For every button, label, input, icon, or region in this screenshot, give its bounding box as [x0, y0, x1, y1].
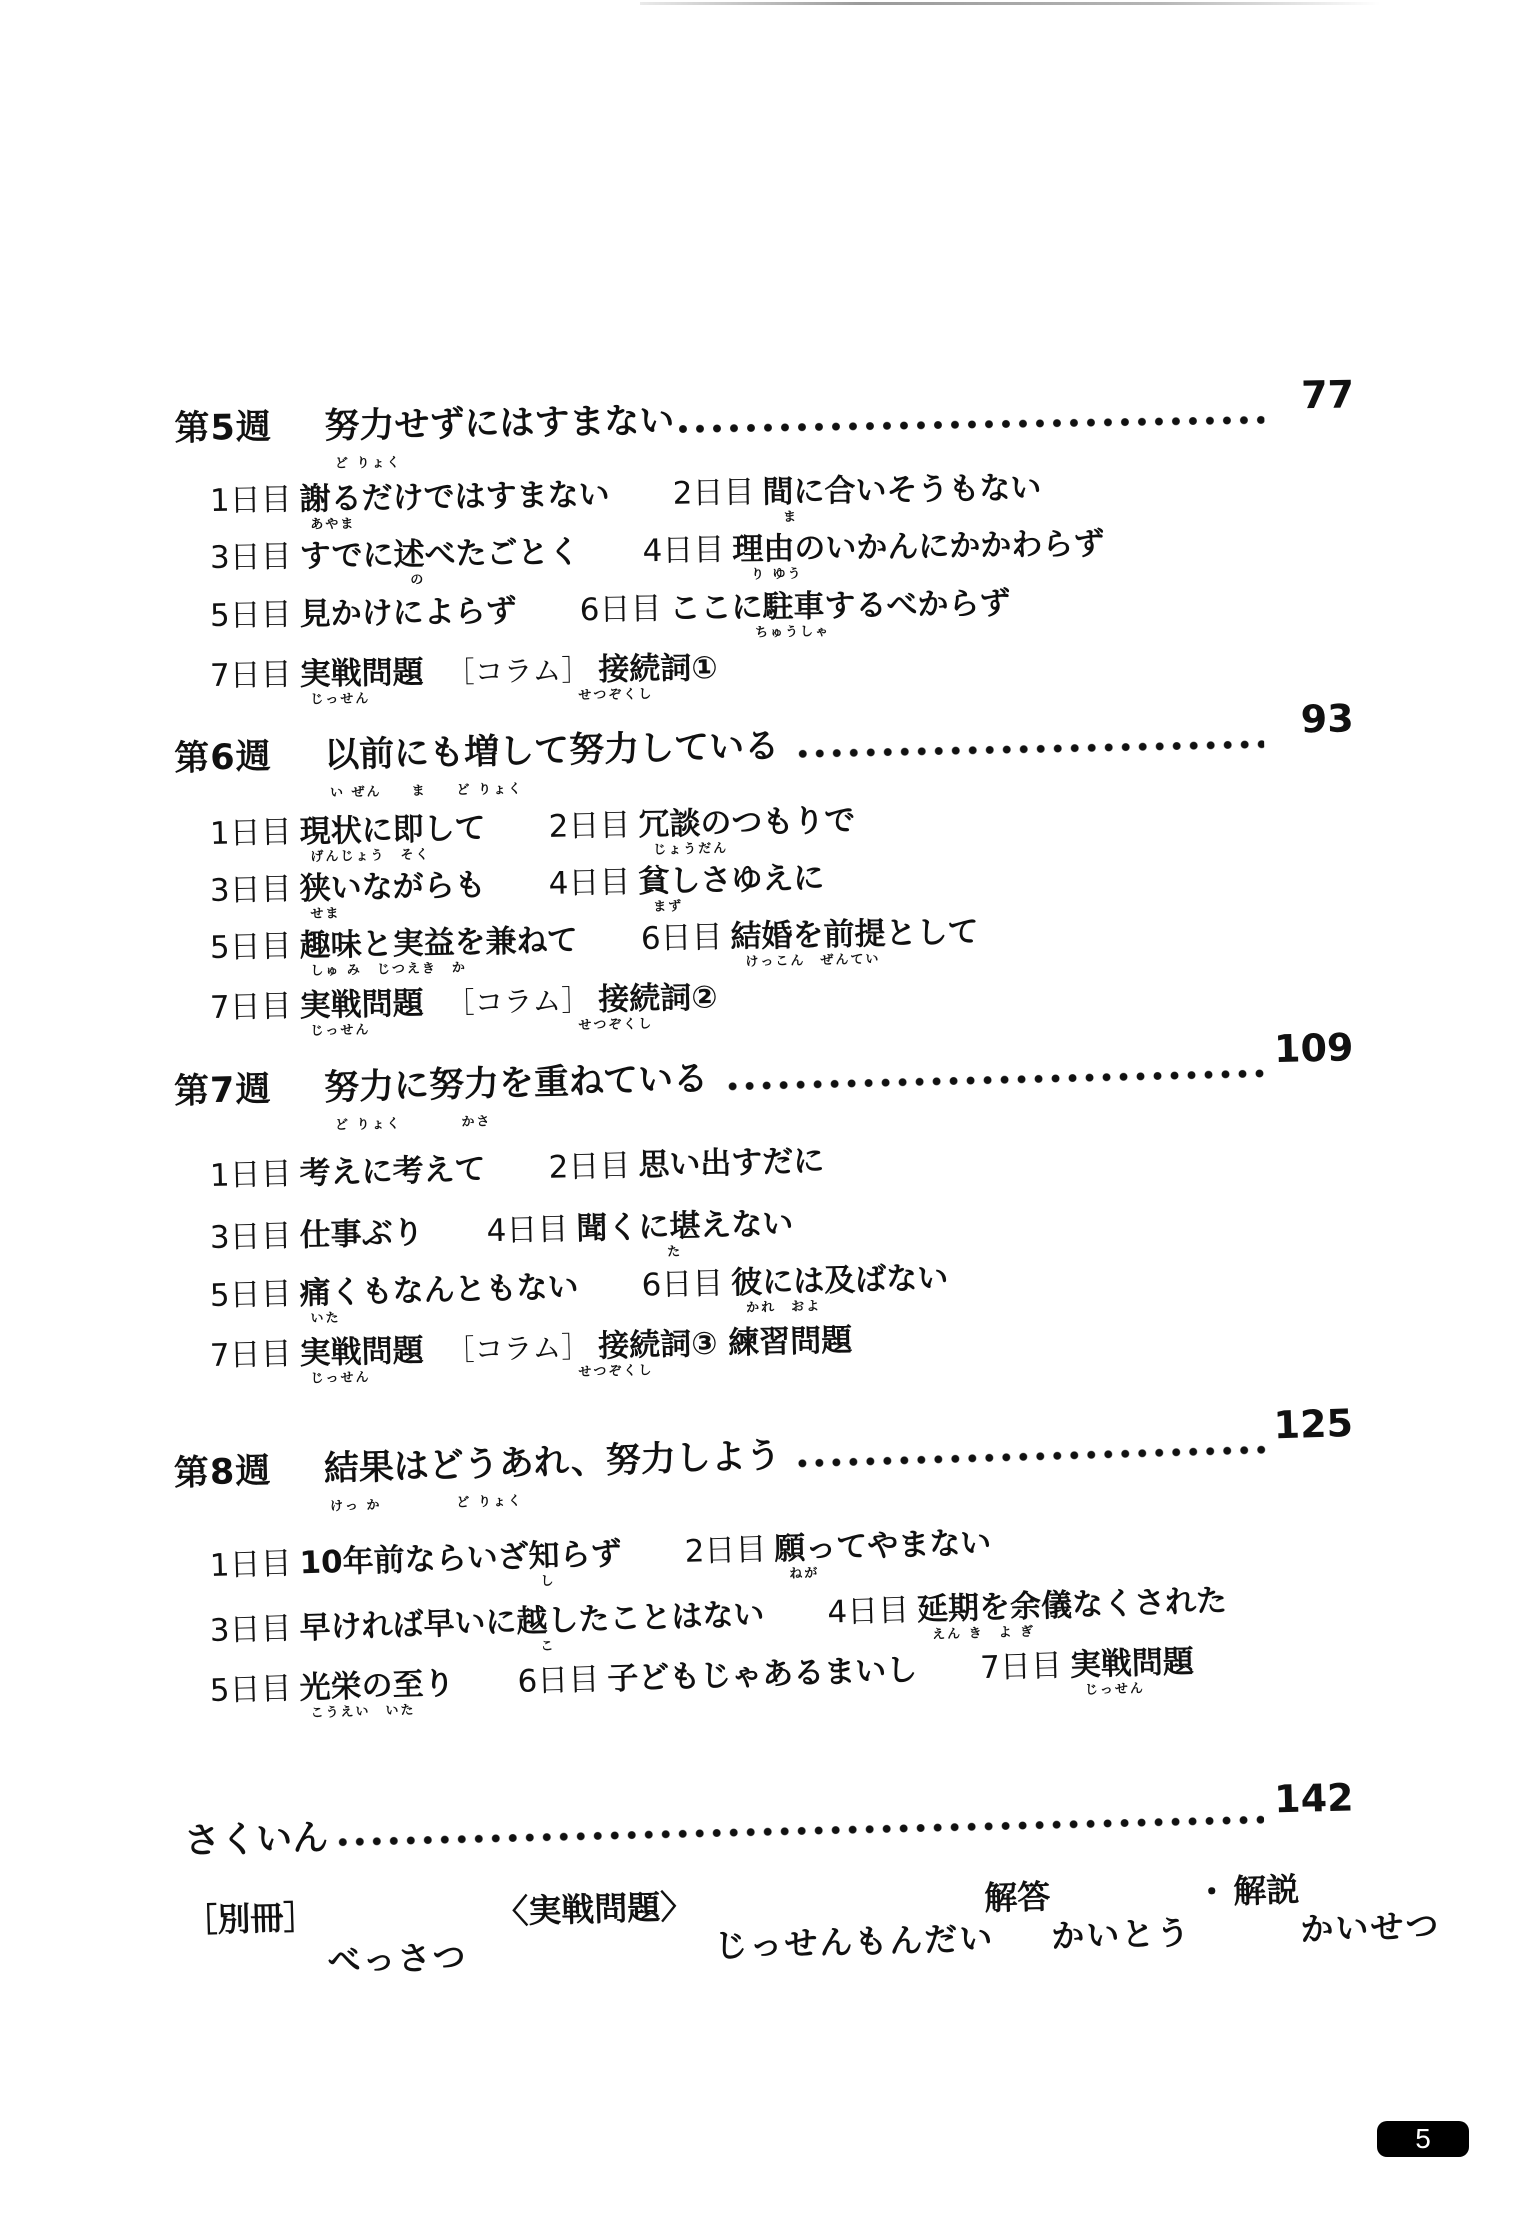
day-title: 聞くに堪えない [576, 1206, 794, 1247]
day-item[interactable]: 4日目貧しさゆえにまず [548, 852, 825, 903]
day-item[interactable]: 1日目10年前ならいざ知らずし [209, 1528, 622, 1585]
day-title: ここに駐車するべからず [669, 585, 1011, 626]
day-number: 4日目 [486, 1211, 569, 1249]
supplement-entry[interactable]: ［別冊］べっさつ 〈実戦問題〉じっせんもんだい 解答かいとう ・ 解説かいせつ [184, 1860, 1440, 1942]
day-number: 7日目 [209, 1336, 292, 1374]
day-item[interactable]: 5日目痛くもなんともないいた [209, 1261, 579, 1315]
day-title: 延期を余儀なくされた [917, 1583, 1228, 1628]
column-title: 接続詞① [598, 650, 718, 688]
week-title: 努力に努力を重ねている [323, 1051, 708, 1110]
index-label: さくいん [184, 1809, 329, 1864]
title-ruby: い ぜん ま ど りょく [330, 778, 523, 801]
week-5-heading[interactable]: 第5週 努力せずにはすまない ど りょく 77 [174, 366, 1355, 465]
day-title: 理由のいかんにかかわらず [732, 526, 1105, 568]
day-number: 7日目 [210, 657, 292, 694]
week-title: 以前にも増して努力している [324, 718, 780, 778]
day-number: 5日目 [210, 928, 292, 966]
day-item[interactable]: 3日目すでに述べたごとくの [210, 526, 580, 577]
day-number: 2日目 [684, 1531, 767, 1569]
day-ruby: けっこん ぜんてい [745, 948, 880, 970]
week-title: 努力せずにはすまない [324, 393, 675, 448]
supplement-explanation: 解説 [1233, 1864, 1300, 1913]
leader-dots [794, 1444, 1269, 1470]
day-number: 4日目 [827, 1592, 910, 1630]
day-title: 痛くもなんともない [299, 1269, 579, 1312]
day-number: 2日目 [672, 474, 754, 511]
day-number: 4日目 [642, 532, 724, 569]
day-title: 冗談のつもりで [638, 802, 856, 843]
day-ruby: の [410, 569, 425, 588]
page-number: 109 [1274, 1025, 1354, 1071]
title-ruby: ど りょく かさ [335, 1110, 492, 1133]
day-item[interactable]: 5日目趣味と実益を兼ねてしゅ み じつえき か [209, 914, 578, 967]
day-item[interactable]: 3日目狭いながらもせま [209, 859, 486, 910]
page-number: 142 [1274, 1775, 1354, 1821]
supplement-separator: ・ [1195, 1866, 1229, 1914]
day-ruby: いた [310, 1307, 340, 1327]
day-number: 2日目 [548, 1148, 631, 1186]
day-ruby: り ゆう [751, 563, 803, 583]
supplement-bracket: ［別冊］ [184, 1891, 317, 1942]
day-number: 7日目 [210, 988, 292, 1026]
column-ruby: せつぞくし [578, 1359, 653, 1380]
column-label: ［コラム］ [445, 653, 590, 689]
week-8-heading[interactable]: 第8週 結果はどうあれ、努力しよう けっ か ど りょく 125 [173, 1395, 1355, 1510]
supplement-title-ruby: じっせんもんだい [714, 1912, 995, 1967]
day-ruby: こ [540, 1635, 556, 1654]
column-ruby: せつぞくし [578, 1013, 653, 1034]
day-item[interactable]: 2日目冗談のつもりでじょうだん [548, 794, 856, 845]
day-number: 3日目 [210, 871, 292, 909]
day-title: 狭いながらも [299, 867, 486, 907]
day-item[interactable]: 4日目延期を余儀なくされたえん き よ ぎ [827, 1575, 1228, 1632]
day-ruby: じっせん [310, 1366, 370, 1386]
day-item[interactable]: 7日目実戦問題じっせん [979, 1636, 1194, 1687]
day-number: 6日目 [641, 919, 723, 957]
day-number: 6日目 [517, 1661, 600, 1699]
supplement-explanation-ruby: かいせつ [1300, 1900, 1441, 1951]
week-6-days-row-4: 7日目実戦問題じっせん［コラム］接続詞②せつぞくし [209, 970, 776, 1042]
index-entry[interactable]: さくいん 142 [182, 1733, 1354, 1872]
day-title: 10年前ならいざ知らず [299, 1536, 622, 1582]
day-item[interactable]: 3日目早ければ早いに越したことはないこ [209, 1589, 765, 1650]
leader-dots [674, 414, 1264, 435]
day-number: 5日目 [209, 1671, 292, 1709]
day-ruby: じっせん [1085, 1677, 1146, 1698]
day-item[interactable]: 4日目理由のいかんにかかわらずり ゆう [642, 518, 1104, 570]
day-number: 1日目 [209, 1156, 292, 1194]
week-5-days-row-4: 7日目実戦問題じっせん［コラム］接続詞①せつぞくし [210, 641, 777, 710]
column-label: ［コラム］ [445, 983, 590, 1020]
day-item[interactable]: 7日目実戦問題じっせん［コラム］接続詞①せつぞくし [210, 642, 718, 695]
day-title: 願ってやまない [774, 1525, 992, 1567]
title-ruby: ど りょく [335, 451, 402, 471]
column-title: 接続詞③ 練習問題 [598, 1322, 853, 1364]
day-number: 7日目 [980, 1648, 1063, 1686]
day-title: 早ければ早いに越したことはない [299, 1597, 765, 1647]
day-ruby: こうえい いた [310, 1699, 416, 1721]
column-label: ［コラム］ [445, 1330, 591, 1368]
day-title: 見かけによらず [299, 593, 517, 632]
day-ruby: しゅ み じつえき か [310, 957, 467, 979]
day-number: 1日目 [210, 482, 292, 519]
day-ruby: ちゅうしゃ [755, 620, 830, 640]
page-number: 125 [1273, 1401, 1354, 1447]
day-number: 6日目 [641, 1265, 724, 1303]
page-number: 93 [1300, 696, 1354, 741]
day-item[interactable]: 3日目仕事ぶり [209, 1207, 424, 1257]
day-number: 3日目 [209, 1611, 292, 1649]
day-ruby: かれ およ [746, 1295, 821, 1316]
day-item[interactable]: 5日目見かけによらず [210, 585, 517, 635]
day-title: 彼には及ばない [731, 1260, 949, 1301]
day-item[interactable]: 2日目願ってやまないねが [684, 1517, 992, 1571]
day-title: 思い出すだに [638, 1143, 825, 1184]
day-item[interactable]: 1日目現状に即してげんじょう そく [209, 802, 486, 853]
day-item[interactable]: 7日目実戦問題じっせん［コラム］接続詞②せつぞくし [209, 971, 718, 1027]
week-title: 結果はどうあれ、努力しよう [323, 1428, 781, 1492]
day-item[interactable]: 6日目結婚を前提としてけっこん ぜんてい [640, 906, 979, 958]
day-ruby: し [540, 1570, 556, 1589]
supplement-bracket-wrap: ［別冊］べっさつ [184, 1887, 457, 1942]
leader-dots [724, 1067, 1269, 1092]
day-number: 5日目 [209, 1276, 292, 1314]
toc-page: 第5週 努力せずにはすまない ど りょく 77 1日目謝るだけではすまないあやま… [0, 0, 1536, 2240]
day-number: 1日目 [209, 1546, 292, 1584]
day-title: 貧しさゆえに [638, 860, 825, 900]
day-number: 5日目 [210, 597, 292, 634]
supplement-bracket-ruby: べっさつ [327, 1931, 468, 1982]
week-label: 第8週 [173, 1443, 272, 1496]
day-ruby: ねが [789, 1562, 820, 1582]
day-number: 2日目 [548, 807, 630, 845]
week-label: 第6週 [174, 729, 272, 781]
supplement-title: 〈実戦問題〉 [495, 1881, 694, 1934]
page-number-badge: 5 [1377, 2121, 1469, 2157]
page-number: 77 [1301, 372, 1355, 417]
day-item[interactable]: 1日目謝るだけではすまないあやま [210, 469, 610, 520]
day-item[interactable]: 2日目思い出すだに [548, 1135, 825, 1187]
day-item[interactable]: 4日目聞くに堪えないた [486, 1198, 794, 1250]
week-label: 第7週 [173, 1062, 272, 1114]
day-number: 6日目 [579, 591, 661, 628]
column-ruby: せつぞくし [578, 683, 653, 703]
column-title: 接続詞② [598, 979, 718, 1017]
supplement-title-wrap: 〈実戦問題〉じっせんもんだい [495, 1873, 974, 1933]
supplement-explanation-wrap: 解説かいせつ [1233, 1860, 1440, 1913]
day-item[interactable]: 2日目間に合いそうもないま [672, 462, 1041, 513]
day-item[interactable]: 5日目光栄の至りこうえい いた [209, 1658, 455, 1710]
day-ruby: じっせん [310, 687, 370, 707]
day-title: すでに述べたごとく [299, 534, 579, 574]
day-title: 謝るだけではすまない [299, 477, 610, 518]
week-label: 第5週 [174, 399, 272, 451]
week-5-days-row-3: 5日目見かけによらず 6日目ここに駐車するべからずちゅうしゃ [210, 577, 1069, 650]
day-title: 子どもじゃあるまいし [607, 1652, 918, 1697]
day-ruby: じっせん [310, 1019, 370, 1039]
day-item[interactable]: 6日目ここに駐車するべからずちゅうしゃ [579, 577, 1010, 629]
day-ruby: た [667, 1240, 682, 1259]
day-number: 3日目 [209, 1218, 292, 1256]
day-ruby: えん き よ ぎ [932, 1621, 1036, 1643]
day-item[interactable]: 6日目彼には及ばないかれ およ [641, 1252, 949, 1304]
day-number: 4日目 [548, 864, 630, 902]
day-title: 考えに考えて [299, 1151, 486, 1192]
day-number: 3日目 [210, 539, 292, 576]
day-item[interactable]: 1日目考えに考えて [209, 1143, 486, 1195]
day-number: 1日目 [210, 814, 292, 852]
leader-dots [794, 738, 1264, 760]
supplement-answer-wrap: 解答かいとう [984, 1867, 1191, 1920]
title-ruby: けっ か ど りょく [330, 1490, 524, 1515]
supplement-answer-ruby: かいとう [1051, 1907, 1192, 1958]
day-title: 間に合いそうもない [762, 470, 1042, 510]
supplement-answer: 解答 [984, 1871, 1051, 1920]
leader-dots [334, 1814, 1264, 1849]
day-title: 仕事ぶり [299, 1215, 424, 1254]
